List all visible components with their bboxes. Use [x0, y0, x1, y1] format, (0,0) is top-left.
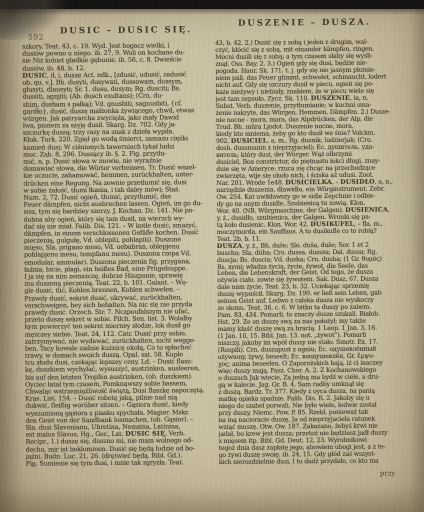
- book-page: 592 DUSIC – DUSIC SIĘ. DUSZENIE – DUSZA.…: [0, 0, 424, 512]
- text-column-right: 43, b. 42. 2.) Dusić się z sobą i jeden …: [215, 38, 408, 466]
- catchword: przy: [380, 469, 396, 477]
- running-head-right: DUSZENIE – DUSZA.: [238, 18, 371, 29]
- dictionary-page-scan: 592 DUSIC – DUSIC SIĘ. DUSZENIE – DUSZA.…: [0, 0, 424, 512]
- text-line: kich nierozdzielnie dusi, I to dadź przy…: [219, 457, 408, 466]
- running-head-left: DUSIC – DUSIC SIĘ.: [60, 25, 192, 36]
- text-line: Fig. Sumienie się tym dusi, i mnie tak z…: [26, 459, 214, 468]
- page-edge-shadow-right: [410, 0, 424, 512]
- text-column-left: szkory. Teat. 43, c. 19. Wyd. Jest bogac…: [22, 42, 214, 468]
- page-edge-shadow-bottom: [0, 486, 424, 512]
- page-fold-shadow-left: [0, 0, 22, 512]
